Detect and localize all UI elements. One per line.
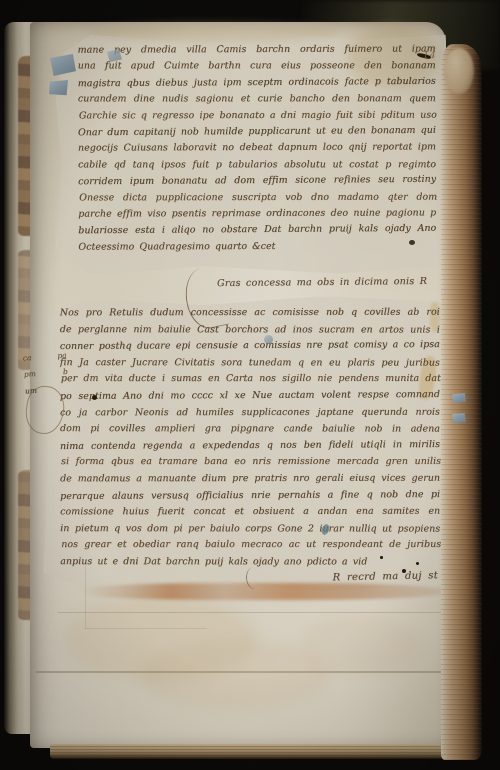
manuscript-line: anpius ut e dni Dat barchn puij kals oja… <box>60 554 440 571</box>
manuscript-line: co ja carbor Neonis ad humiles supplicac… <box>60 404 440 421</box>
manuscript-line: una fuit apud Cuimte barthn cura eius po… <box>78 59 436 76</box>
manuscript-line: nima contenda regenda a expedendas q nos… <box>60 437 440 456</box>
ink-speck <box>402 569 406 573</box>
damage-patch <box>452 393 466 403</box>
manuscript-line: curandem dine nudis sagionu et curie ban… <box>78 91 436 108</box>
ink-speck <box>92 395 97 400</box>
manuscript-line: Onar dum capitanij nob humilde pupplicar… <box>78 123 436 142</box>
manuscript-line: conner posthq ducare epi censusie a comi… <box>60 337 440 356</box>
manuscript-line: negocijs Cuiusans laboravit no debeat da… <box>78 140 436 158</box>
damage-patch <box>264 335 273 344</box>
text-block-2: Nos pro Retulis dudum concessisse ac com… <box>60 305 440 571</box>
manuscript-line: de mandamus a manuante dium pre pratris … <box>60 471 440 488</box>
manuscript-line: po septima Ano dni mo cccc xl xe Nue auc… <box>60 387 440 406</box>
manuscript-line: Garchie sic q regresso ipe bonanato a dn… <box>79 107 437 124</box>
manuscript-line: comissione huius fuerit concat et obsiue… <box>60 504 440 521</box>
manuscript-line: perarque alauns versusq officialius nrie… <box>60 487 440 506</box>
manuscript-line: Octeessimo Quadragesimo quarto &cet <box>78 238 436 256</box>
manuscript-line: dom pi covilles amplieri gra pipgnare ca… <box>60 421 440 438</box>
manuscript-line: Nos pro Retulis dudum concessisse ac com… <box>60 305 440 322</box>
manuscript-line: per dm vita ducte i sumas en Carta nos s… <box>61 371 441 388</box>
manuscript-line: magistra qbus diebus justa ipm sceptm or… <box>78 74 436 93</box>
damage-patch <box>49 80 69 96</box>
manuscript-line: Onesse dicta pupplicacione suscripta vob… <box>79 189 437 206</box>
text-block-1: mane pey dmedia villa Camis barchn ordar… <box>78 41 437 255</box>
fore-edge-top <box>444 48 474 94</box>
manuscript-line: si forma qbus ea tramare bana eo nris re… <box>61 454 441 471</box>
manuscript-line: de perglanne nim baiulie Cast borchors a… <box>60 322 440 339</box>
bottom-page-edges <box>50 744 448 759</box>
ink-speck <box>416 562 419 565</box>
ink-speck <box>409 240 415 245</box>
manuscript-line: fin Ja caster Jucrare Civitatis sora tun… <box>60 355 440 372</box>
manuscript-line: mane pey dmedia villa Camis barchn ordar… <box>78 41 436 59</box>
manuscript-photo: mane pey dmedia villa Camis barchn ordar… <box>0 0 500 770</box>
ink-speck <box>380 556 383 559</box>
folio-number: 14 <box>423 50 436 61</box>
manuscript-line: bulariosse esta i aliqo no obstare Dat b… <box>78 221 436 240</box>
manuscript-line: nos grear et obediar ranq baiulo mecraco… <box>61 537 441 554</box>
manuscript-line: corridem ipum bonanatu ad dom effim sico… <box>78 172 436 191</box>
manuscript-line: in pietum q vos dom pi per baiulo corps … <box>60 521 440 538</box>
rubric-heading: Gras concessa ma obs in dicima onis R <box>210 275 434 290</box>
manuscript-line: cabile qd tanq ipsos fuit p tabularios a… <box>78 157 436 174</box>
damage-patch <box>452 413 466 423</box>
